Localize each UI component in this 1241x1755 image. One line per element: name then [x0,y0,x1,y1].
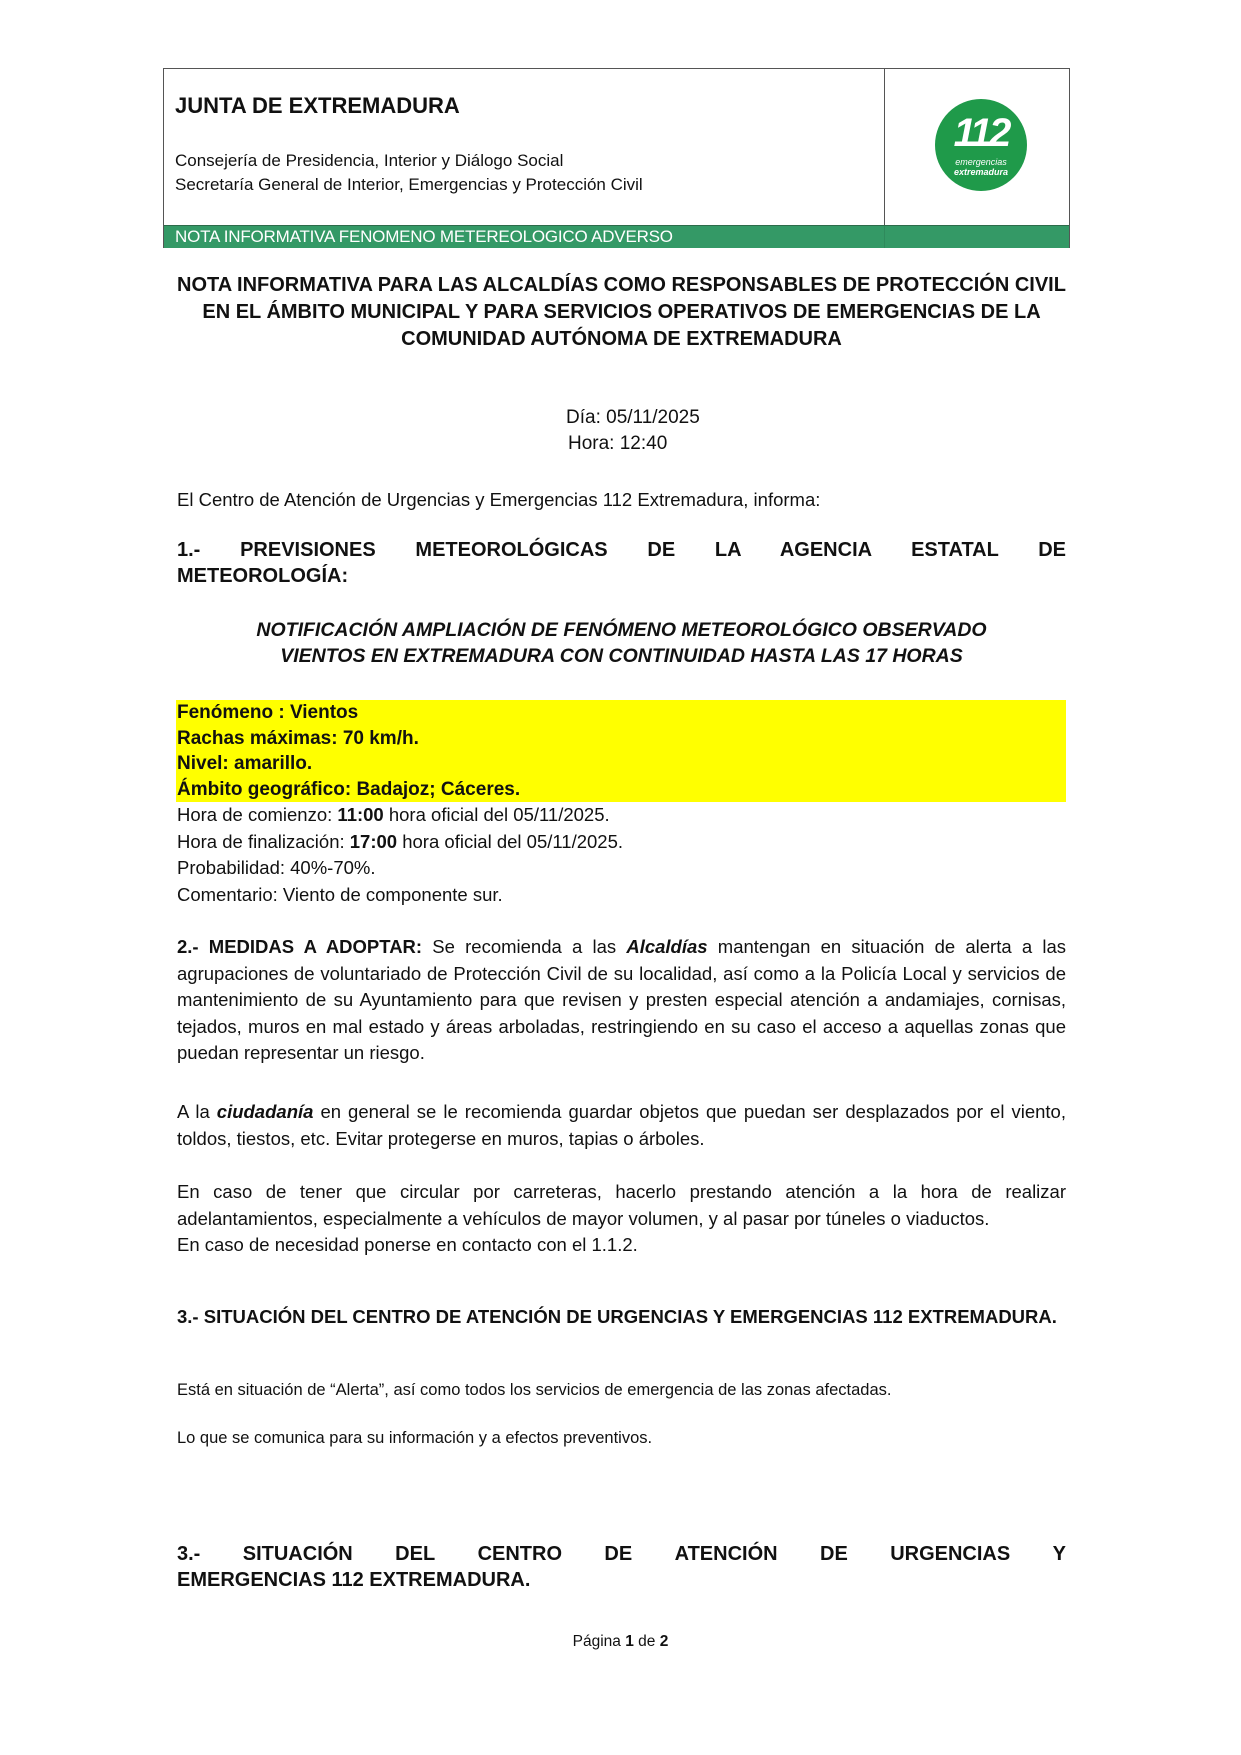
max-gusts: Rachas máximas: 70 km/h. [176,726,1066,752]
section-2-heading: 2.- MEDIDAS A ADOPTAR: [177,936,422,957]
geographic-scope: Ámbito geográfico: Badajoz; Cáceres. [176,777,1066,803]
logo-number: 112 [935,111,1027,156]
warning-highlight-box: Fenómeno : Vientos Rachas máximas: 70 km… [176,700,1066,802]
road-advice: En caso de tener que circular por carret… [177,1179,1066,1259]
header-text-cell: JUNTA DE EXTREMADURA Consejería de Presi… [164,69,884,225]
heading-word: URGENCIAS [890,1541,1010,1567]
heading-word: DEL [395,1541,435,1567]
phenomenon: Fenómeno : Vientos [176,700,1066,726]
date-line: Día: 05/11/2025 [566,407,700,429]
current-page: 1 [625,1633,634,1650]
intro-text: El Centro de Atención de Urgencias y Eme… [177,487,1066,514]
notification-line-1: NOTIFICACIÓN AMPLIACIÓN DE FENÓMENO METE… [177,617,1066,643]
section-3-heading: 3.- SITUACIÓN DEL CENTRO DE ATENCIÓN DE … [177,1304,1066,1330]
header-band: NOTA INFORMATIVA FENOMENO METEREOLOGICO … [164,225,1069,248]
section-2-measures: 2.- MEDIDAS A ADOPTAR: Se recomienda a l… [177,934,1066,1067]
heading-word: ATENCIÓN [675,1541,778,1567]
warning-level: Nivel: amarillo. [176,751,1066,777]
department-name: Consejería de Presidencia, Interior y Di… [175,151,563,171]
road-text: En caso de tener que circular por carret… [177,1179,1066,1232]
contact-text: En caso de necesidad ponerse en contacto… [177,1232,1066,1259]
footer-middle: de [634,1633,660,1650]
heading-word: DE [604,1541,632,1567]
notification-line-2: VIENTOS EN EXTREMADURA CON CONTINUIDAD H… [177,643,1066,669]
heading-word: SITUACIÓN [243,1541,353,1567]
end-time-value: 17:00 [350,831,397,852]
total-pages: 2 [660,1633,669,1650]
band-divider [884,226,885,248]
section-3-repeat-line-2: EMERGENCIAS 112 EXTREMADURA. [177,1567,1066,1593]
heading-word: CENTRO [478,1541,562,1567]
start-time-value: 11:00 [337,804,383,825]
document-title: NOTA INFORMATIVA PARA LAS ALCALDÍAS COMO… [177,272,1066,353]
start-suffix: hora oficial del 05/11/2025. [384,804,610,825]
logo-line-2: extremadura [935,167,1027,177]
heading-word: DE [820,1541,848,1567]
heading-word: 3.- [177,1541,200,1567]
probability: Probabilidad: 40%-70%. [177,855,1066,882]
section-2-text-a: Se recomienda a las [422,936,626,957]
document-header: JUNTA DE EXTREMADURA Consejería de Presi… [163,68,1070,248]
section-3-repeat-line-1: 3.-SITUACIÓNDELCENTRODEATENCIÓNDEURGENCI… [177,1541,1066,1567]
logo-line-1: emergencias [935,157,1027,167]
header-logo-cell: 112 emergencias extremadura [884,69,1070,225]
end-label: Hora de finalización: [177,831,350,852]
citizen-text-a: A la [177,1101,217,1122]
closing-text: Lo que se comunica para su información y… [177,1429,1066,1448]
end-suffix: hora oficial del 05/11/2025. [397,831,623,852]
start-label: Hora de comienzo: [177,804,337,825]
footer-prefix: Página [573,1633,626,1650]
header-band-text: NOTA INFORMATIVA FENOMENO METEREOLOGICO … [175,227,673,247]
alert-status: Está en situación de “Alerta”, así como … [177,1381,1066,1400]
section-2-emphasis: Alcaldías [626,936,707,957]
section-1-heading-line-1: 1.- PREVISIONES METEOROLÓGICAS DE LA AGE… [177,537,1066,563]
citizen-advice: A la ciudadanía en general se le recomie… [177,1099,1066,1152]
section-1-heading-line-2: METEOROLOGÍA: [177,563,1066,589]
org-title: JUNTA DE EXTREMADURA [175,93,460,119]
heading-word: Y [1053,1541,1066,1567]
secretariat-name: Secretaría General de Interior, Emergenc… [175,175,643,195]
notification-title: NOTIFICACIÓN AMPLIACIÓN DE FENÓMENO METE… [177,617,1066,669]
emergency-112-logo-icon: 112 emergencias extremadura [935,99,1027,191]
time-line: Hora: 12:40 [568,433,667,455]
page-footer: Página 1 de 2 [0,1633,1241,1651]
comment: Comentario: Viento de componente sur. [177,882,1066,909]
section-3-repeat-heading: 3.-SITUACIÓNDELCENTRODEATENCIÓNDEURGENCI… [177,1541,1066,1593]
end-time: Hora de finalización: 17:00 hora oficial… [177,829,1066,856]
start-time: Hora de comienzo: 11:00 hora oficial del… [177,802,1066,829]
citizen-emphasis: ciudadanía [217,1101,314,1122]
section-1-heading: 1.- PREVISIONES METEOROLÓGICAS DE LA AGE… [177,537,1066,589]
warning-details: Hora de comienzo: 11:00 hora oficial del… [177,802,1066,908]
